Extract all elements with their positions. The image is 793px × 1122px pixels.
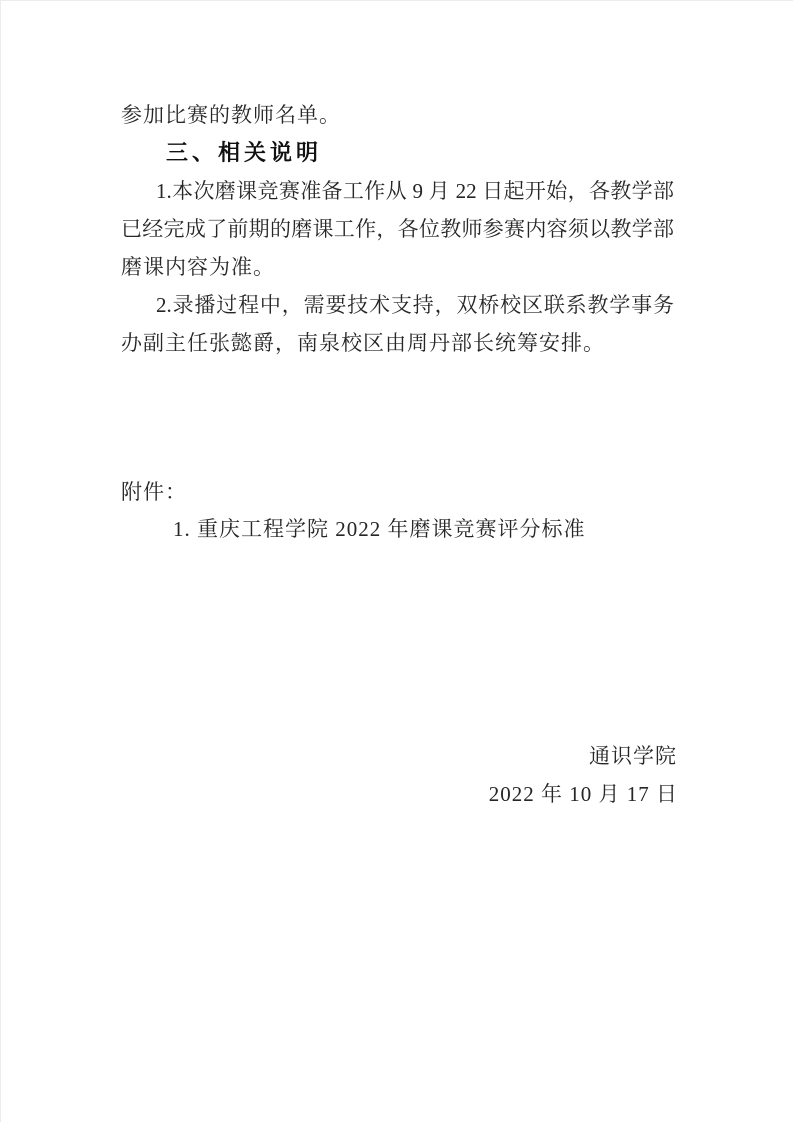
paragraph-1: 1.本次磨课竞赛准备工作从 9 月 22 日起开始，各教学部 已经完成了前期的磨… xyxy=(121,172,674,286)
paragraph-line: 办副主任张懿爵，南泉校区由周丹部长统筹安排。 xyxy=(121,324,674,362)
paragraph-line: 已经完成了前期的磨课工作，各位教师参赛内容须以教学部 xyxy=(121,210,674,248)
paragraph-line: 1.本次磨课竞赛准备工作从 9 月 22 日起开始，各教学部 xyxy=(121,172,674,210)
paragraph-2: 2.录播过程中，需要技术支持，双桥校区联系教学事务 办副主任张懿爵，南泉校区由周… xyxy=(121,286,674,362)
paragraph-line: 2.录播过程中，需要技术支持，双桥校区联系教学事务 xyxy=(121,286,674,324)
signature-date: 2022 年 10 月 17 日 xyxy=(489,775,678,813)
document-page: 参加比赛的教师名单。 三、相关说明 1.本次磨课竞赛准备工作从 9 月 22 日… xyxy=(0,0,793,1122)
attachment-label: 附件： xyxy=(121,473,187,511)
section-heading: 三、相关说明 xyxy=(166,134,322,172)
paragraph-line: 磨课内容为准。 xyxy=(121,248,674,286)
attachment-item: 1. 重庆工程学院 2022 年磨课竞赛评分标准 xyxy=(173,510,586,548)
signature-org: 通识学院 xyxy=(589,737,677,775)
intro-line: 参加比赛的教师名单。 xyxy=(121,96,341,134)
